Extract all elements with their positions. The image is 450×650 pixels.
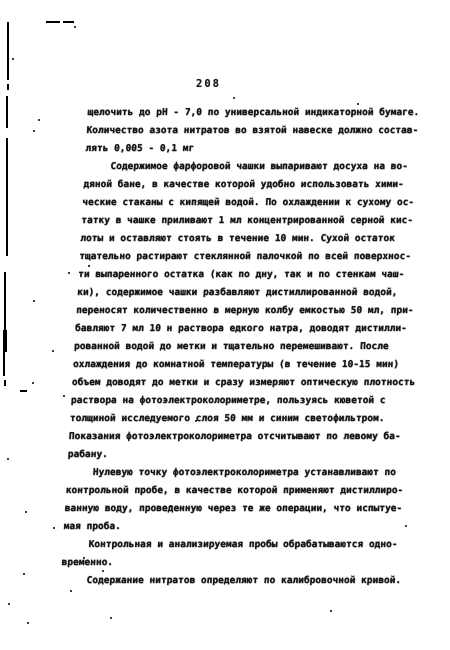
paragraph: Содержимое фарфоровой чашки выпаривают д… [67,158,450,464]
scanned-document-page: 208 щелочить до pH - 7,0 по универсально… [0,0,450,650]
document-text: щелочить до pH - 7,0 по универсальной ин… [60,104,450,590]
text-line: переносят количественно в мерную колбу е… [76,302,443,320]
scan-speck [63,395,65,397]
scan-speck [33,300,35,302]
paragraph: Содержание нитратов определяют по калибр… [60,572,427,590]
scan-artifact-dash [63,21,74,23]
text-line: Количество азота нитратов во взятой наве… [86,122,450,140]
text-line: толщиной исследуемого слоя 50 мм и синим… [69,410,436,428]
text-line: контрольной пробе, в качестве которой пр… [65,482,432,500]
scan-speck [68,272,70,274]
scan-speck [233,97,235,99]
text-line: ки), содержимое чашки разбавляют дистилл… [77,284,444,302]
scan-speck [25,511,27,513]
text-line: лоты и оставляют стоять в течение 10 мин… [80,230,447,248]
scan-speck [32,382,34,384]
scan-artifact-vertical-line [3,352,5,376]
text-line: лять 0,005 - 0,1 мг [85,140,450,158]
text-line: объем доводят до метки и сразу измеряют … [71,374,438,392]
text-line: рабану. [67,446,434,464]
scan-speck [33,130,35,132]
scan-speck [53,527,55,529]
text-line: Содержание нитратов определяют по калибр… [60,572,427,590]
text-line: охлаждения до комнатной температуры (в т… [72,356,439,374]
scan-speck [12,58,14,60]
text-line: бавляют 7 мл 10 н раствора едкого натра,… [75,320,442,338]
text-line: татку в чашке приливают 1 мл концентриро… [81,212,448,230]
text-line: мая проба. [63,518,430,536]
text-line: временно. [61,554,428,572]
scan-speck [7,458,9,460]
scan-artifact-dash [20,390,27,392]
scan-artifact-vertical-line [3,330,7,352]
text-line: Контрольная и анализируемая пробы обраба… [62,536,429,554]
text-line: раствора на фотоэлектроколориметре, поль… [70,392,437,410]
scan-artifact-vertical-line [4,380,6,386]
text-line: тщательно растирают стеклянной палочкой … [79,248,446,266]
scan-artifact-dash [46,21,60,23]
text-line: щелочить до pH - 7,0 по универсальной ин… [87,104,450,122]
scan-artifact-vertical-line [6,138,8,256]
text-line: дяной бане, в качестве которой удобно ис… [83,176,450,194]
text-line: ческие стаканы с кипящей водой. По охлаж… [82,194,449,212]
scan-speck [8,603,10,605]
scan-speck [23,573,25,575]
scan-artifact-vertical-line [6,96,8,128]
text-line: рованной водой до метки и тщательно пере… [73,338,440,356]
page-number: 208 [196,78,221,90]
scan-speck [27,622,29,624]
paragraph: Нулевую точку фотоэлектроколориметра уст… [63,464,433,536]
text-line: ванную воду, проведенную через те же опе… [64,500,431,518]
scan-speck [70,590,72,592]
text-line: Содержимое фарфоровой чашки выпаривают д… [84,158,450,176]
text-line: ти выпаренного остатка (как по дну, так … [78,266,445,284]
scan-speck [74,26,76,28]
scan-artifact-vertical-line [4,272,6,330]
text-line: Показания фотоэлектроколориметра отсчиты… [68,428,435,446]
text-line: Нулевую точку фотоэлектроколориметра уст… [66,464,433,482]
scan-speck [110,617,112,619]
paragraph: щелочить до pH - 7,0 по универсальной ин… [85,104,450,158]
paragraph: Контрольная и анализируемая пробы обраба… [61,536,429,572]
scan-speck [52,350,54,352]
scan-artifact-vertical-line [7,22,9,80]
scan-artifact-vertical-line [7,84,9,90]
scan-speck [38,119,40,121]
scan-speck [330,610,332,612]
